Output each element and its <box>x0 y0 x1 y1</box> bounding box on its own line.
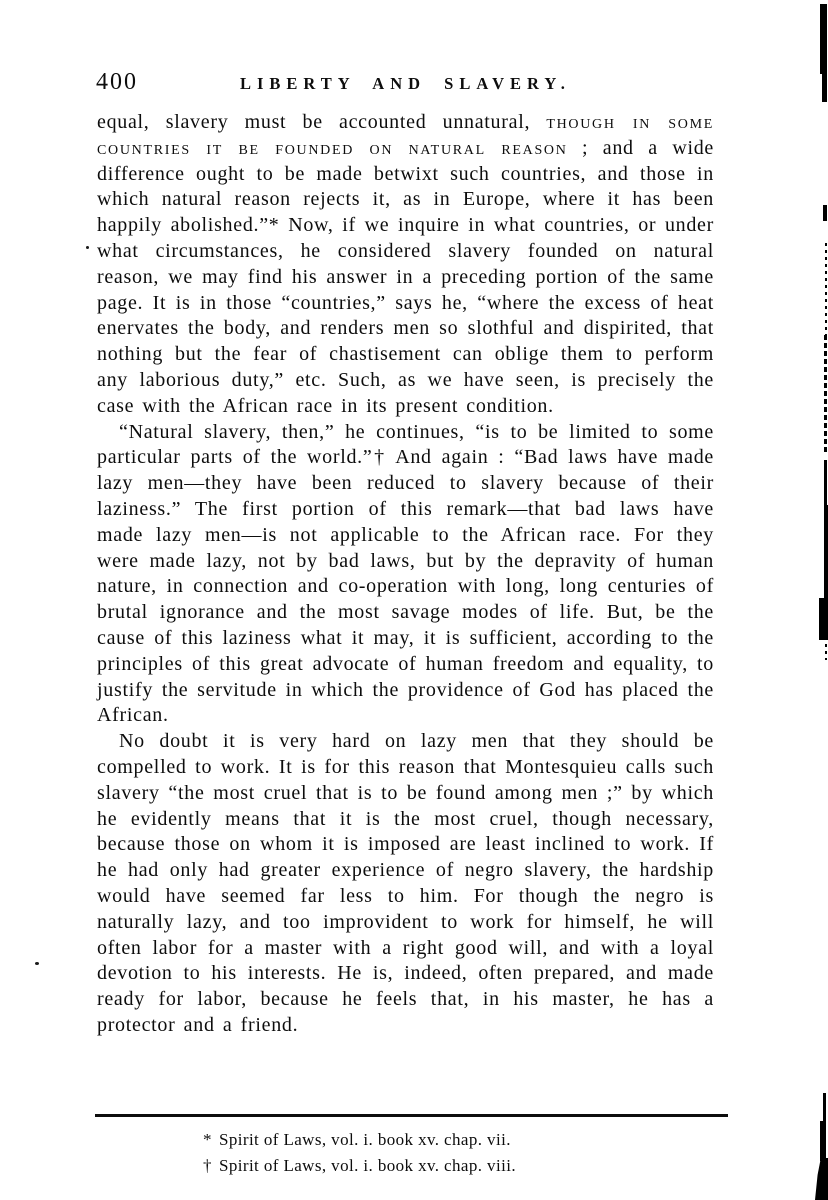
running-title: LIBERTY AND SLAVERY. <box>240 74 571 94</box>
scan-artifact-edge <box>825 644 827 660</box>
scan-artifact-edge <box>820 1121 826 1161</box>
scan-artifact-edge <box>819 598 828 640</box>
footnotes: *Spirit of Laws, vol. i. book xv. chap. … <box>203 1127 516 1178</box>
page-number: 400 <box>96 69 138 96</box>
footnote-marker-dagger: † <box>203 1153 219 1179</box>
scan-speck <box>35 962 39 965</box>
body-text-segment: equal, slavery must be accounted unnatur… <box>97 111 546 133</box>
paragraph: No doubt it is very hard on lazy men tha… <box>97 729 714 1039</box>
footnote: *Spirit of Laws, vol. i. book xv. chap. … <box>203 1127 516 1153</box>
scan-artifact-edge <box>824 335 827 455</box>
body-text-segment: “Natural slavery, then,” he continues, “… <box>97 421 714 727</box>
paragraph: “Natural slavery, then,” he continues, “… <box>97 420 714 730</box>
scan-artifact-edge <box>820 4 827 74</box>
scan-speck <box>86 246 89 249</box>
scan-artifact-edge <box>822 72 827 102</box>
body-text-segment: No doubt it is very hard on lazy men tha… <box>97 730 714 1036</box>
scan-artifact-edge <box>823 205 827 221</box>
scan-artifact-edge <box>823 1093 826 1123</box>
footnote-text: Spirit of Laws, vol. i. book xv. chap. v… <box>219 1156 516 1175</box>
scan-artifact-edge <box>824 460 827 505</box>
scan-artifact-edge <box>824 505 828 598</box>
footnote-marker-asterisk: * <box>203 1127 219 1153</box>
scan-artifact-edge <box>825 243 827 335</box>
footnote: †Spirit of Laws, vol. i. book xv. chap. … <box>203 1153 516 1179</box>
scan-artifact-edge <box>815 1158 828 1200</box>
footnote-text: Spirit of Laws, vol. i. book xv. chap. v… <box>219 1130 511 1149</box>
paragraph-continuation: equal, slavery must be accounted unnatur… <box>97 110 714 420</box>
footnote-rule <box>95 1114 728 1117</box>
body-text-segment: ; and a wide difference ought to be made… <box>97 137 714 417</box>
page-body: equal, slavery must be accounted unnatur… <box>97 110 714 1039</box>
scanned-book-page: 400 LIBERTY AND SLAVERY. equal, slavery … <box>0 0 828 1200</box>
